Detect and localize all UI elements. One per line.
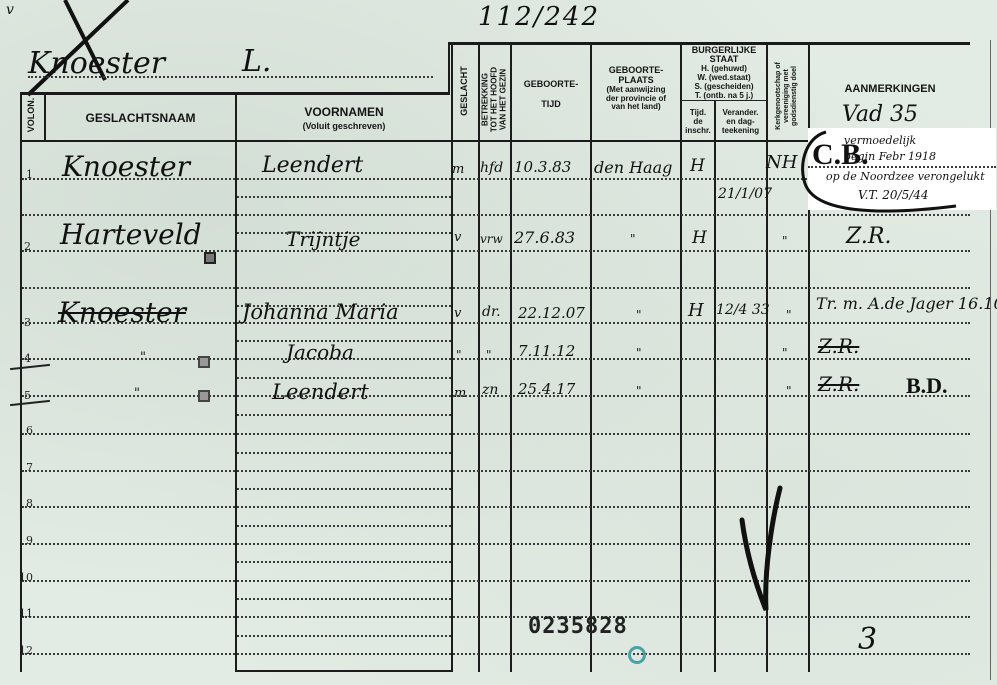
voornamen-subline <box>237 452 451 454</box>
burgerlijke-subrule <box>682 100 766 101</box>
row4-given: Jacoba <box>286 340 354 364</box>
row2-remarks: Z.R. <box>846 224 891 249</box>
row4-relation: " <box>486 348 492 362</box>
person-registration-card: v 112/242 Knoester L. VOLON. GESLACHTSNA… <box>0 0 997 685</box>
row-number: 1 <box>26 168 33 181</box>
row-number: 11 <box>19 607 33 620</box>
row2-relation: vrw <box>480 232 503 246</box>
voornamen-subline <box>237 488 451 490</box>
row3-surname: Knoester <box>58 296 186 329</box>
row2-given: Trijntje <box>286 227 360 251</box>
check-mark-icon <box>736 480 786 620</box>
header-tijd-line3: inschr. <box>682 126 714 135</box>
row4-birth-date: 7.11.12 <box>518 342 575 360</box>
row3-change: 12/4 33 <box>716 302 770 318</box>
row2-marker-icon <box>204 252 216 264</box>
col-line-7 <box>714 100 716 672</box>
row-line-12 <box>22 653 970 655</box>
row2-birth-date: 27.6.83 <box>514 228 575 247</box>
header-burgerlijke-line4: W. (wed.staat) <box>682 73 766 82</box>
header-step-rule <box>448 44 450 94</box>
header-kerk-line1: Kerkgenootschap of <box>775 51 783 141</box>
row4-sex: " <box>456 348 462 362</box>
row-number: 2 <box>24 240 31 253</box>
header-tijd-inschrijving: Tijd. de inschr. <box>682 108 714 135</box>
row-number: 8 <box>26 497 33 510</box>
header-burgerlijke-line5: S. (gescheiden) <box>682 82 766 91</box>
row1-surname: Knoester <box>62 150 190 183</box>
row5-given: Leendert <box>272 380 369 404</box>
row-line-6 <box>22 433 970 435</box>
row-number: 6 <box>26 424 33 437</box>
row1-sex: m <box>452 162 464 177</box>
row1-birth-place: den Haag <box>594 158 672 177</box>
row5-birth-date: 25.4.17 <box>518 380 575 398</box>
row5-relation: zn <box>482 382 498 398</box>
card-number: 112/242 <box>478 2 600 32</box>
header-geslachtsnaam: GESLACHTSNAAM <box>46 112 235 125</box>
row2-church: " <box>782 234 788 248</box>
row1-birth-date: 10.3.83 <box>514 158 571 176</box>
voornamen-subline <box>237 561 451 563</box>
row2-sex: v <box>454 230 461 245</box>
row2-surname: Harteveld <box>60 218 202 251</box>
row-number: 3 <box>24 316 31 329</box>
header-tijd-line1: Tijd. <box>682 108 714 117</box>
row3-remarks: Tr. m. A.de Jager 16.10-09. <box>816 294 997 313</box>
punch-hole-ring <box>628 646 646 664</box>
header-burgerlijke-staat: BURGERLIJKE STAAT H. (gehuwd) W. (wed.st… <box>682 46 766 100</box>
header-geboorteplaats-line5: van het land) <box>592 103 680 112</box>
row-number: 7 <box>26 461 33 474</box>
header-geboortetijd-line1: GEBOORTE- <box>512 80 590 90</box>
row3-civil: H <box>688 300 704 321</box>
row5-birth-place: " <box>636 384 642 398</box>
row-line-7 <box>22 470 970 472</box>
header-verandering: Verander. en dag- teekening <box>715 108 766 135</box>
row1-relation: hfd <box>480 160 503 176</box>
row5-surname: " <box>134 386 140 401</box>
row-line-10 <box>22 580 970 582</box>
header-betrekking-line1: BETREKKING <box>481 58 490 142</box>
header-verander-line2: en dag- <box>715 117 766 126</box>
row1-given: Leendert <box>262 153 363 178</box>
header-burgerlijke-line3: H. (gehuwd) <box>682 64 766 73</box>
bottom-mark: 3 <box>858 622 877 657</box>
header-burgerlijke-line2: STAAT <box>682 55 766 64</box>
header-volgnummer: VOLON. <box>27 89 37 141</box>
header-geboorteplaats: GEBOORTE- PLAATS (Met aanwijzing der pro… <box>592 66 680 112</box>
voornamen-subline <box>237 635 451 637</box>
row-number: 9 <box>26 534 33 547</box>
header-betrekking: BETREKKING TOT HET HOOFD VAN HET GEZIN <box>481 58 508 142</box>
header-burgerlijke-line6: T. (ontb. na 5 j.) <box>682 91 766 100</box>
owner-initial: L. <box>242 44 271 79</box>
row3-birth-place: " <box>636 308 642 322</box>
header-verander-line1: Verander. <box>715 108 766 117</box>
voornamen-bottom-rule <box>237 670 451 672</box>
row3-sex: v <box>454 306 461 321</box>
row1-church: NH <box>766 152 797 173</box>
voornamen-subline <box>237 598 451 600</box>
row5-marker-icon <box>198 390 210 402</box>
row1-civil: H <box>690 156 705 176</box>
row-number: 12 <box>19 644 33 657</box>
row-line-11 <box>22 616 970 618</box>
serial-number: 0235828 <box>528 614 628 639</box>
row-line-9 <box>22 543 970 545</box>
header-kerk-line2: vereeniging met <box>783 51 791 141</box>
row-line-4 <box>22 358 970 360</box>
header-aanmerkingen: AANMERKINGEN <box>810 83 970 95</box>
header-verander-line3: teekening <box>715 126 766 135</box>
row3-birth-date: 22.12.07 <box>518 304 585 322</box>
corner-check-mark: v <box>6 2 14 18</box>
voornamen-subline <box>237 525 451 527</box>
row3-church: " <box>786 308 792 322</box>
header-voornamen-sub: (Voluit geschreven) <box>237 122 451 132</box>
row-number: 5 <box>24 389 31 402</box>
row5-bd-stamp: B.D. <box>906 373 948 399</box>
row5-sex: m <box>454 386 466 401</box>
cb-stamp: C.B. <box>812 138 869 172</box>
row4-church: " <box>782 346 788 360</box>
row1-date-registered: 21/1/07 <box>718 186 772 202</box>
row4-marker-icon <box>198 356 210 368</box>
row5-remarks: Z.R. <box>818 372 859 396</box>
header-betrekking-line3: VAN HET GEZIN <box>499 58 508 142</box>
row3-given: Johanna Maria <box>242 300 399 324</box>
voornamen-subline <box>237 196 451 198</box>
voornamen-subline <box>237 377 451 379</box>
row4-birth-place: " <box>636 346 642 360</box>
row5-church: " <box>786 384 792 398</box>
row4-surname: " <box>140 350 146 365</box>
row-number: 10 <box>19 571 33 584</box>
row-line-2b <box>22 287 970 289</box>
row3-relation: dr. <box>482 304 501 320</box>
row-line-8 <box>22 506 970 508</box>
voornamen-subline <box>237 414 451 416</box>
header-betrekking-line2: TOT HET HOOFD <box>490 58 499 142</box>
row4-remarks: Z.R. <box>818 334 859 358</box>
row2-birth-place: " <box>630 232 636 246</box>
aanmerkingen-note: Vad 35 <box>842 102 918 127</box>
header-voornamen: VOORNAMEN <box>237 106 451 119</box>
header-geboortetijd-line2: TIJD <box>512 100 590 110</box>
col-line-1 <box>235 94 237 672</box>
header-geslacht: GESLACHT <box>460 50 470 132</box>
row-number: 4 <box>24 352 31 365</box>
owner-name-line <box>28 76 433 78</box>
row2-civil: H <box>692 228 707 248</box>
header-geboortetijd: GEBOORTE- TIJD <box>512 80 590 110</box>
header-tijd-line2: de <box>682 117 714 126</box>
